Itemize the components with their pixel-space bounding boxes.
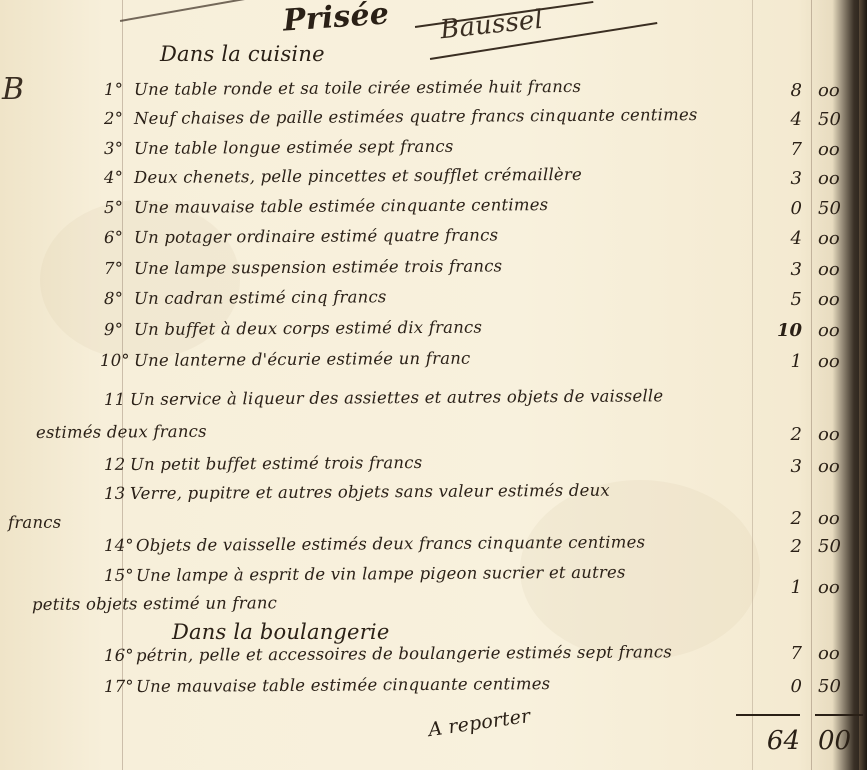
item-description: Verre, pupitre et autres objets sans val… <box>130 481 610 503</box>
ledger-page: Prisée Baussel B Dans la cuisine 1° Une … <box>0 0 867 770</box>
item-description: Une table ronde et sa toile cirée estimé… <box>134 77 581 99</box>
item-centimes: oo <box>818 577 854 598</box>
carry-forward-label: A reporter <box>427 705 532 741</box>
book-binding-edge <box>859 0 867 770</box>
section-heading-kitchen: Dans la cuisine <box>160 42 325 66</box>
item-francs: 4 <box>752 109 802 130</box>
item-centimes: oo <box>818 643 854 664</box>
item-description: Deux chenets, pelle pincettes et souffle… <box>134 165 582 187</box>
item-number: 1° <box>104 80 123 99</box>
item-description: Une mauvaise table estimée cinquante cen… <box>134 195 548 217</box>
item-francs: 1 <box>752 351 802 372</box>
section-heading-bakery: Dans la boulangerie <box>172 620 389 644</box>
item-centimes: oo <box>818 259 854 280</box>
item-centimes: oo <box>818 456 854 477</box>
item-description-continuation: francs <box>8 513 62 532</box>
item-francs: 1 <box>752 577 802 598</box>
item-francs: 0 <box>752 198 802 219</box>
item-centimes: 50 <box>818 109 854 130</box>
item-centimes: oo <box>818 424 854 445</box>
item-number: 16° <box>104 646 134 665</box>
item-description: Neuf chaises de paille estimées quatre f… <box>134 105 698 128</box>
item-francs: 3 <box>752 168 802 189</box>
item-number: 13 <box>104 484 126 503</box>
item-description: Un service à liqueur des assiettes et au… <box>130 386 663 409</box>
item-centimes: oo <box>818 508 854 529</box>
item-description: Un potager ordinaire estimé quatre franc… <box>134 225 498 247</box>
item-centimes: 50 <box>818 676 854 697</box>
item-centimes: oo <box>818 80 854 101</box>
item-francs: 2 <box>752 424 802 445</box>
item-number: 2° <box>104 109 123 128</box>
item-description-continuation: estimés deux francs <box>36 422 207 442</box>
item-centimes: oo <box>818 139 854 160</box>
item-number: 11 <box>104 390 126 409</box>
item-number: 5° <box>104 198 123 217</box>
page-title: Prisée <box>282 0 390 39</box>
item-centimes: oo <box>818 320 854 341</box>
item-number: 3° <box>104 139 123 158</box>
item-description: Un buffet à deux corps estimé dix francs <box>134 318 482 339</box>
item-centimes: oo <box>818 351 854 372</box>
item-francs: 2 <box>752 536 802 557</box>
item-number: 10° <box>100 351 130 370</box>
item-francs: 8 <box>752 80 802 101</box>
item-francs: 3 <box>752 456 802 477</box>
item-number: 7° <box>104 259 123 278</box>
total-underline <box>815 714 863 716</box>
item-description: Une lampe suspension estimée trois franc… <box>134 256 502 278</box>
item-description: Une lanterne d'écurie estimée un franc <box>134 349 471 370</box>
item-francs: 10 <box>752 320 802 341</box>
item-francs: 2 <box>752 508 802 529</box>
total-underline <box>736 714 800 716</box>
item-centimes: oo <box>818 228 854 249</box>
francs-centimes-divider <box>811 0 812 770</box>
item-description: Une mauvaise table estimée cinquante cen… <box>136 674 550 696</box>
item-francs: 7 <box>752 643 802 664</box>
item-francs: 4 <box>752 228 802 249</box>
item-number: 12 <box>104 455 126 474</box>
item-centimes: oo <box>818 289 854 310</box>
margin-annotation: B <box>2 72 24 107</box>
item-number: 17° <box>104 677 134 696</box>
item-francs: 0 <box>752 676 802 697</box>
item-description: Objets de vaisselle estimés deux francs … <box>136 532 645 555</box>
item-description-continuation: petits objets estimé un franc <box>32 593 277 614</box>
item-description: pétrin, pelle et accessoires de boulange… <box>136 642 672 665</box>
item-description: Un petit buffet estimé trois francs <box>130 453 422 474</box>
item-francs: 7 <box>752 139 802 160</box>
total-francs: 64 <box>740 726 800 756</box>
item-number: 14° <box>104 536 134 555</box>
item-number: 9° <box>104 320 123 339</box>
signature-flourish <box>120 0 278 21</box>
item-description: Une lampe à esprit de vin lampe pigeon s… <box>136 563 626 585</box>
item-description: Une table longue estimée sept francs <box>134 137 454 158</box>
item-number: 15° <box>104 566 134 585</box>
item-centimes: 50 <box>818 198 854 219</box>
item-number: 4° <box>104 168 123 187</box>
item-centimes: oo <box>818 168 854 189</box>
item-number: 8° <box>104 289 123 308</box>
item-description: Un cadran estimé cinq francs <box>134 287 387 308</box>
total-centimes: 00 <box>818 726 854 756</box>
item-francs: 3 <box>752 259 802 280</box>
item-centimes: 50 <box>818 536 854 557</box>
item-number: 6° <box>104 228 123 247</box>
item-francs: 5 <box>752 289 802 310</box>
